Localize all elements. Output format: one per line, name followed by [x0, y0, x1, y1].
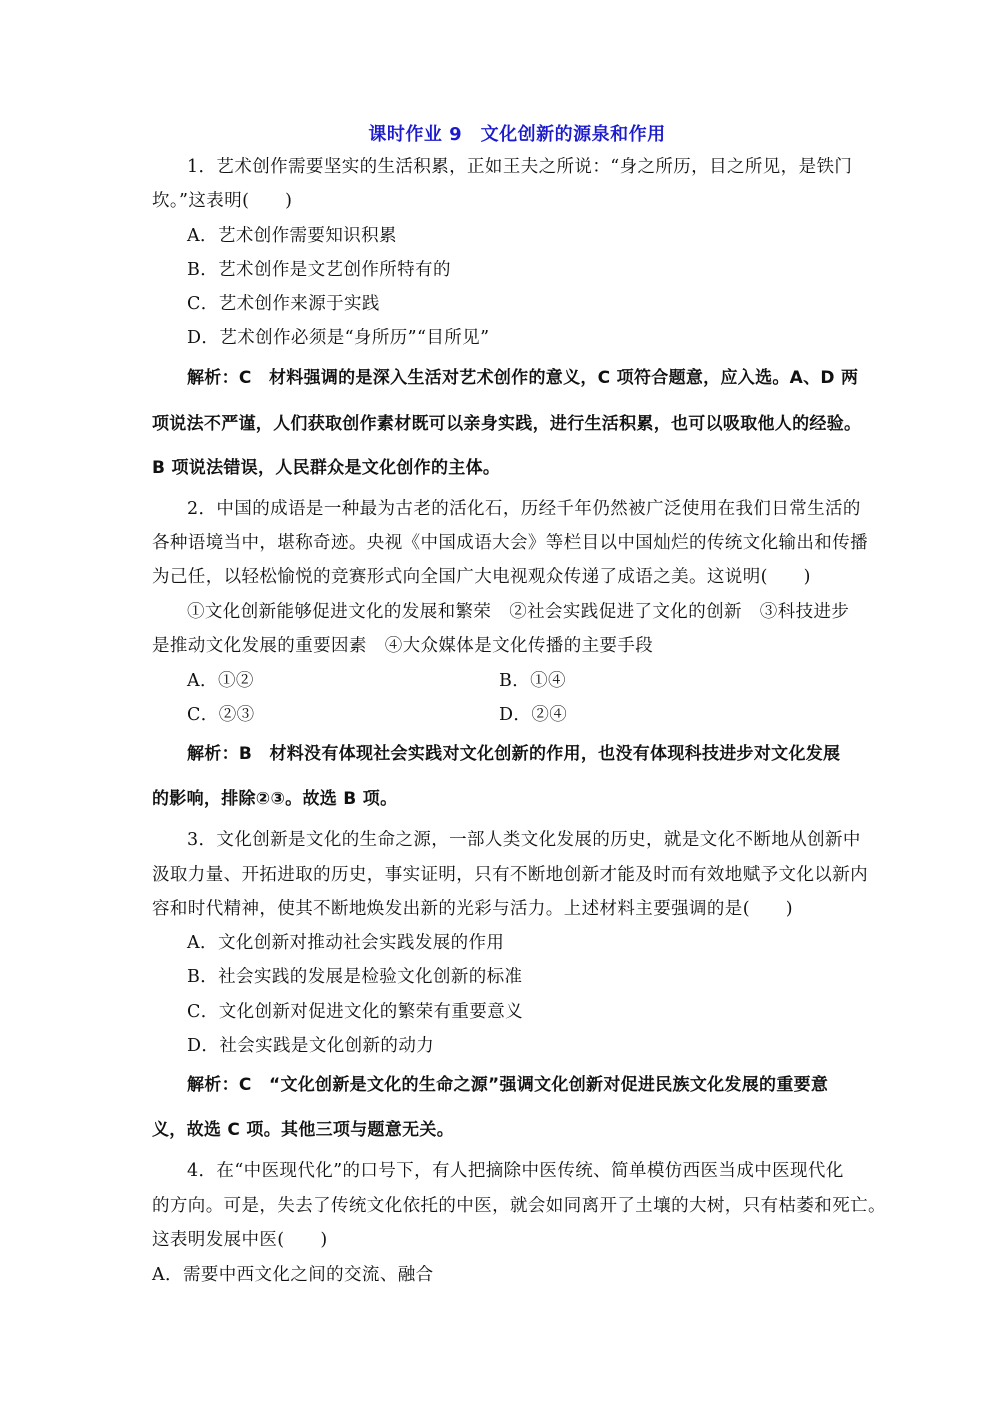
question-3-option-d: D．社会实践是文化创新的动力	[187, 1035, 434, 1057]
question-1-option-b: B．艺术创作是文艺创作所特有的	[187, 259, 451, 281]
question-2-option-d: D．②④	[499, 704, 567, 726]
question-1-analysis-line-1: 解析：C 材料强调的是深入生活对艺术创作的意义，C 项符合题意，应入选。A、D …	[187, 367, 858, 389]
question-1-option-c: C．艺术创作来源于实践	[187, 293, 380, 315]
question-1-analysis-line-3: B 项说法错误，人民群众是文化创作的主体。	[152, 457, 500, 479]
question-2-analysis-line-1: 解析：B 材料没有体现社会实践对文化创新的作用，也没有体现科技进步对文化发展	[187, 743, 840, 765]
question-3-option-a: A．文化创新对推动社会实践发展的作用	[187, 932, 504, 954]
question-2-option-b: B．①④	[499, 670, 566, 692]
question-1-option-a: A．艺术创作需要知识积累	[187, 225, 397, 247]
question-2-stem-line-2: 各种语境当中，堪称奇迹。央视《中国成语大会》等栏目以中国灿烂的传统文化输出和传播	[152, 532, 868, 554]
question-1-analysis-line-2: 项说法不严谨，人们获取创作素材既可以亲身实践，进行生活积累，也可以吸取他人的经验…	[152, 413, 861, 435]
page-title: 课时作业 9 文化创新的源泉和作用	[152, 120, 882, 146]
question-2-analysis-line-2: 的影响，排除②③。故选 B 项。	[152, 788, 397, 810]
question-2-option-a: A．①②	[187, 670, 254, 692]
question-2-statements-line-2: 是推动文化发展的重要因素 ④大众媒体是文化传播的主要手段	[152, 635, 653, 657]
question-3-option-b: B．社会实践的发展是检验文化创新的标准	[187, 966, 522, 988]
question-4-stem-line-1: 4．在“中医现代化”的口号下，有人把摘除中医传统、简单模仿西医当成中医现代化	[187, 1160, 844, 1182]
question-4-stem-line-3: 这表明发展中医( )	[152, 1229, 328, 1251]
question-4-option-a: A．需要中西文化之间的交流、融合	[152, 1264, 434, 1286]
question-3-analysis-line-2: 义，故选 C 项。其他三项与题意无关。	[152, 1119, 454, 1141]
question-1-stem-line-2: 坎。”这表明( )	[152, 190, 292, 212]
question-3-stem-line-1: 3．文化创新是文化的生命之源，一部人类文化发展的历史，就是文化不断地从创新中	[187, 829, 861, 851]
question-2-stem-line-3: 为己任，以轻松愉悦的竞赛形式向全国广大电视观众传递了成语之美。这说明( )	[152, 566, 811, 588]
question-1-stem-line-1: 1．艺术创作需要坚实的生活积累，正如王夫之所说：“身之所历，目之所见，是铁门	[187, 156, 852, 178]
question-3-stem-line-2: 汲取力量、开拓进取的历史，事实证明，只有不断地创新才能及时而有效地赋予文化以新内	[152, 864, 868, 886]
question-1-option-d: D．艺术创作必须是“身所历”“目所见”	[187, 327, 489, 349]
question-3-analysis-line-1: 解析：C “文化创新是文化的生命之源”强调文化创新对促进民族文化发展的重要意	[187, 1074, 828, 1096]
question-2-statements-line-1: ①文化创新能够促进文化的发展和繁荣 ②社会实践促进了文化的创新 ③科技进步	[187, 601, 849, 623]
question-3-option-c: C．文化创新对促进文化的繁荣有重要意义	[187, 1001, 523, 1023]
question-2-option-c: C．②③	[187, 704, 255, 726]
question-2-stem-line-1: 2．中国的成语是一种最为古老的活化石，历经千年仍然被广泛使用在我们日常生活的	[187, 498, 861, 520]
question-4-stem-line-2: 的方向。可是，失去了传统文化依托的中医，就会如同离开了土壤的大树，只有枯萎和死亡…	[152, 1195, 886, 1217]
question-3-stem-line-3: 容和时代精神，使其不断地焕发出新的光彩与活力。上述材料主要强调的是( )	[152, 898, 793, 920]
